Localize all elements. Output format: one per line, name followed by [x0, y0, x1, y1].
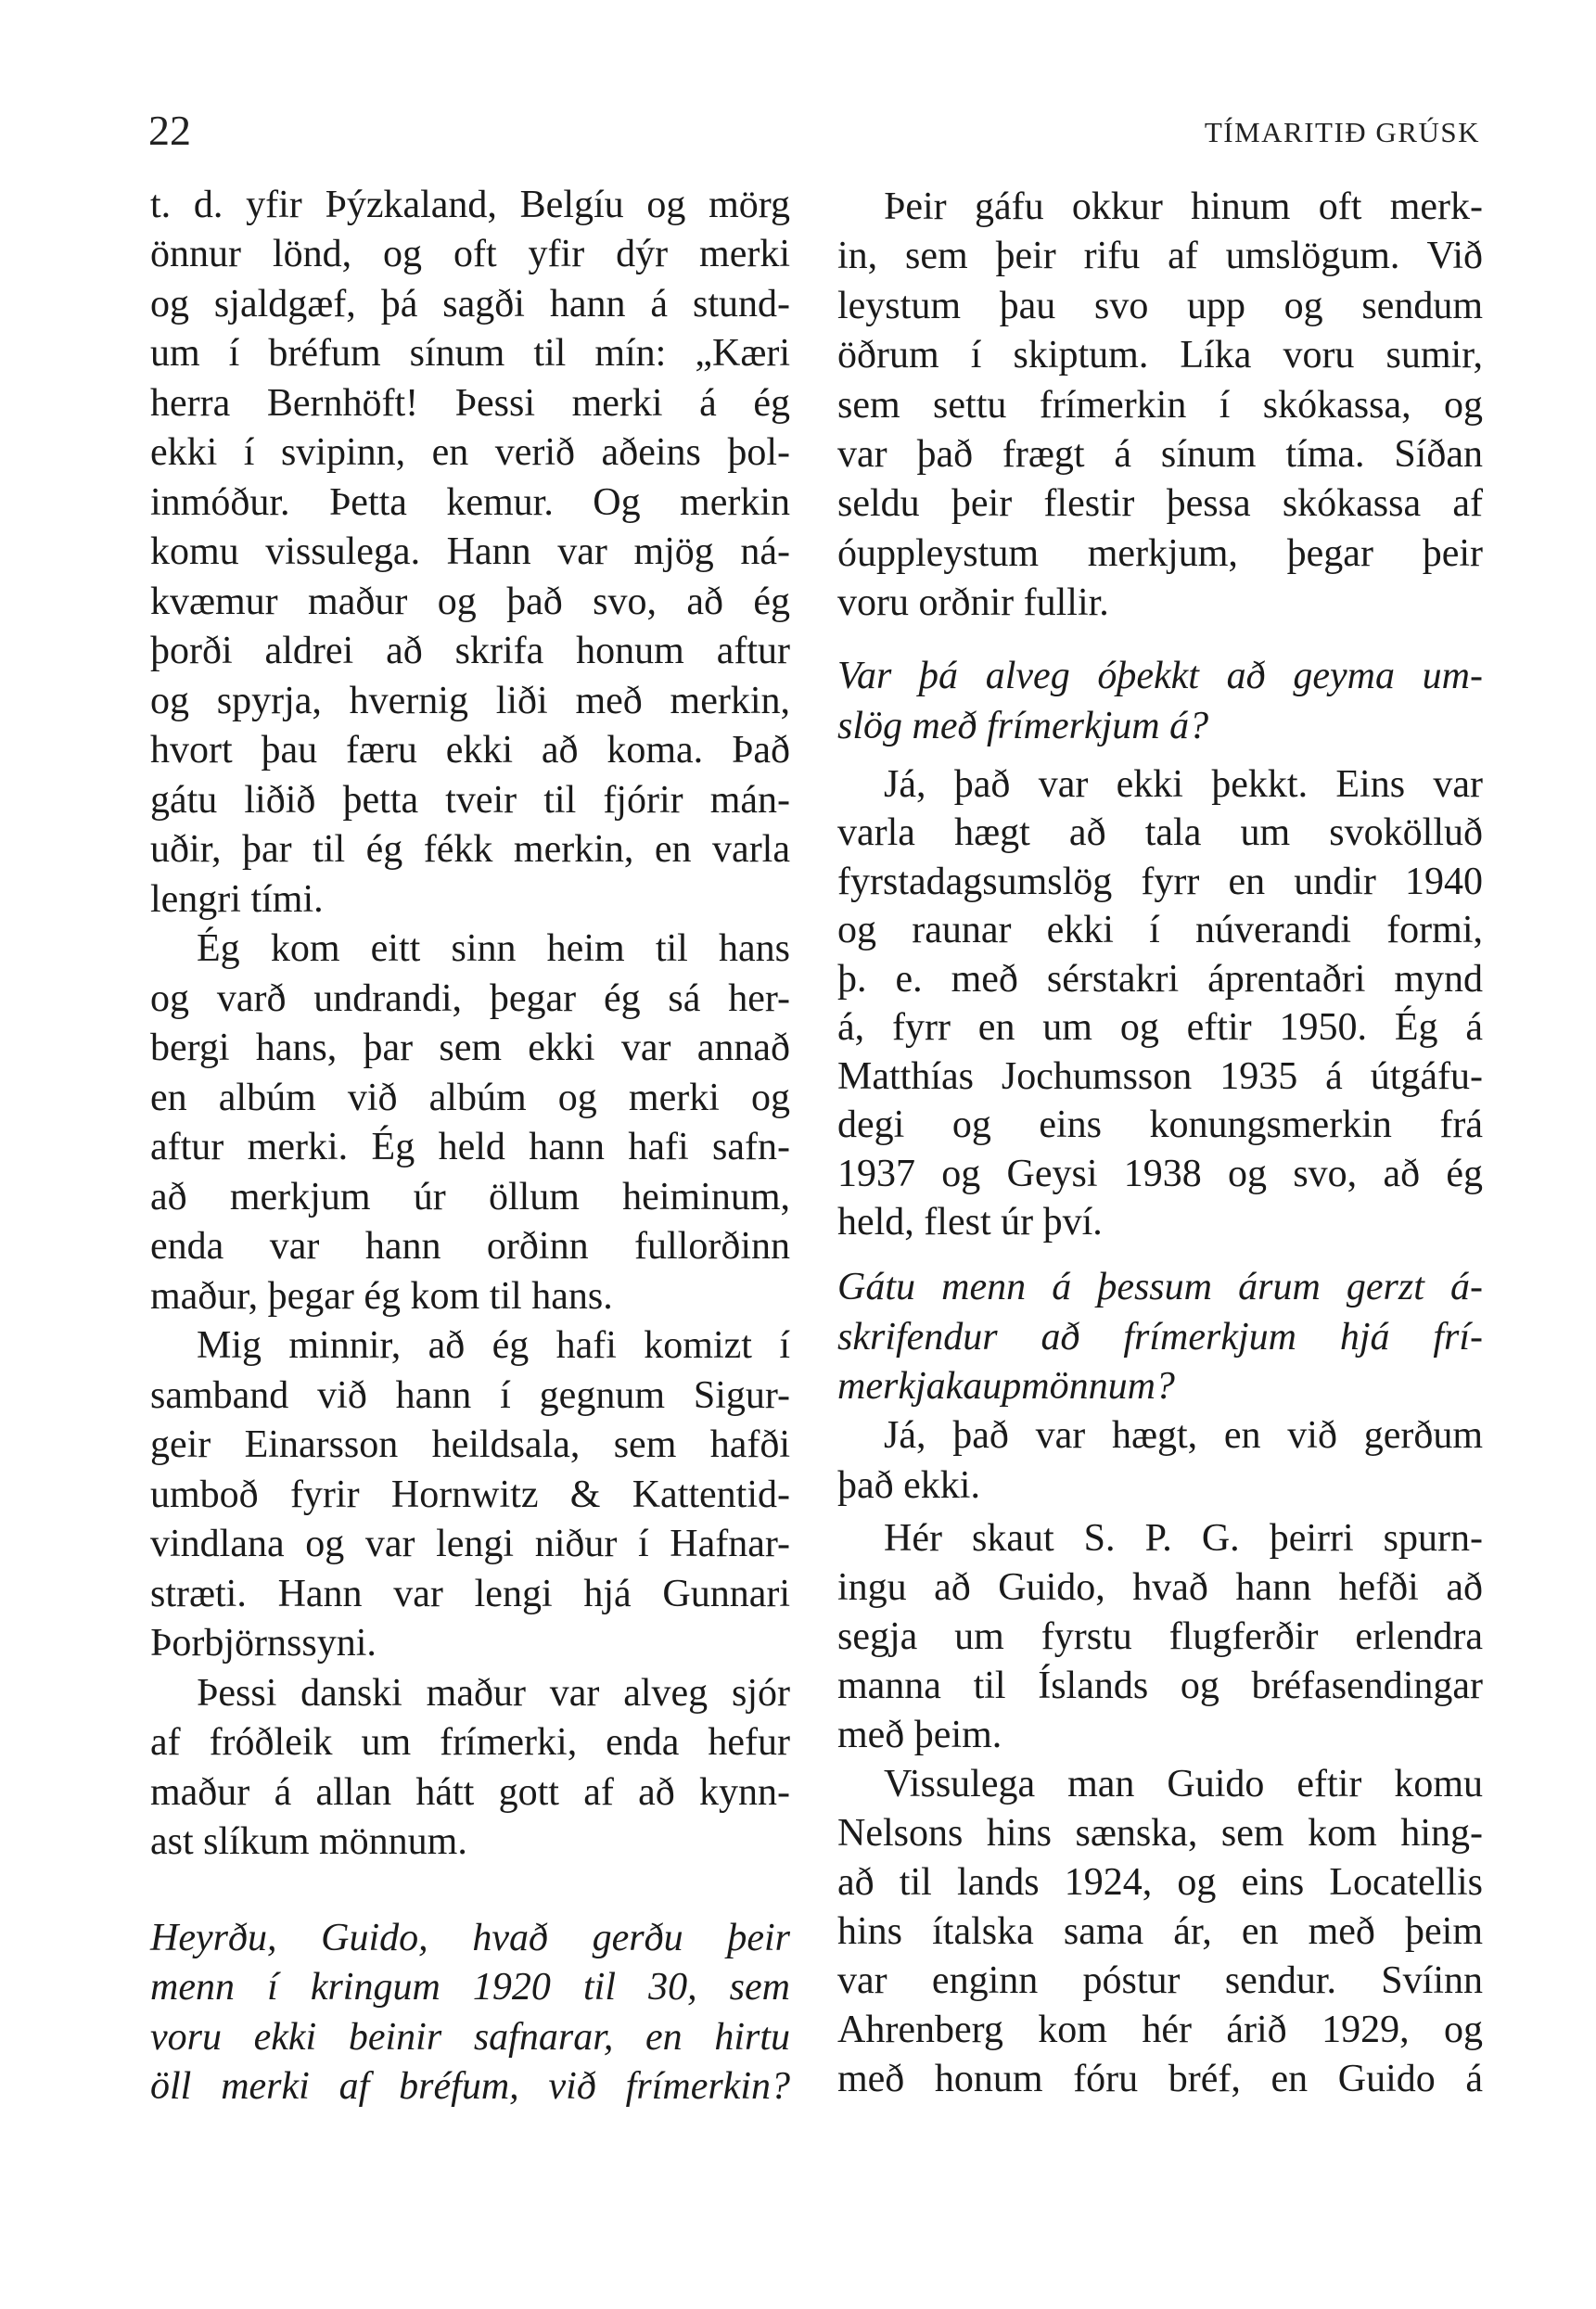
text-line: held, flest úr því.: [837, 1198, 1483, 1246]
question-line: slög með frímerkjum á?: [837, 702, 1483, 750]
question-line: merkjakaupmönnum?: [837, 1362, 1483, 1410]
text-line: t. d. yfir Þýzkaland, Belgíu og mörg: [150, 181, 790, 229]
text-line: Ahrenberg kom hér árið 1929, og: [837, 2006, 1483, 2054]
text-line: maður, þegar ég kom til hans.: [150, 1272, 790, 1320]
text-line: af fróðleik um frímerki, enda hefur: [150, 1718, 790, 1767]
text-line: varla hægt að tala um svokölluð: [837, 809, 1483, 857]
question-line: Var þá alveg óþekkt að geyma um-: [837, 652, 1483, 700]
text-line: stræti. Hann var lengi hjá Gunnari: [150, 1570, 790, 1618]
text-line: lengri tími.: [150, 875, 790, 924]
text-line: og varð undrandi, þegar ég sá her-: [150, 975, 790, 1023]
text-line: ast slíkum mönnum.: [150, 1818, 790, 1866]
text-line: og spyrja, hvernig liði með merkin,: [150, 677, 790, 725]
text-line: maður á allan hátt gott af að kynn-: [150, 1768, 790, 1817]
text-line: en albúm við albúm og merki og: [150, 1074, 790, 1122]
text-line: Mig minnir, að ég hafi komizt í: [150, 1321, 790, 1370]
text-line: 1937 og Geysi 1938 og svo, að ég: [837, 1150, 1483, 1198]
text-line: þ. e. með sérstakri áprentaðri mynd: [837, 955, 1483, 1003]
text-line: um í bréfum sínum til mín: „Kæri: [150, 329, 790, 377]
text-line: Já, það var ekki þekkt. Eins var: [837, 760, 1483, 809]
text-line: hins ítalska sama ár, en með þeim: [837, 1907, 1483, 1956]
text-line: það ekki.: [837, 1461, 1483, 1510]
text-line: hvort þau færu ekki að koma. Það: [150, 726, 790, 774]
text-line: Nelsons hins sænska, sem kom hing-: [837, 1809, 1483, 1857]
text-line: samband við hann í gegnum Sigur-: [150, 1371, 790, 1420]
text-line: umboð fyrir Hornwitz & Kattentid-: [150, 1471, 790, 1519]
text-line: voru orðnir fullir.: [837, 579, 1483, 627]
text-line: Þessi danski maður var alveg sjór: [150, 1669, 790, 1717]
text-line: með honum fóru bréf, en Guido á: [837, 2055, 1483, 2103]
text-line: Já, það var hægt, en við gerðum: [837, 1411, 1483, 1460]
text-line: á, fyrr en um og eftir 1950. Ég á: [837, 1003, 1483, 1052]
text-line: komu vissulega. Hann var mjög ná-: [150, 528, 790, 576]
text-line: enda var hann orðinn fullorðinn: [150, 1222, 790, 1270]
text-line: Matthías Jochumsson 1935 á útgáfu-: [837, 1052, 1483, 1101]
text-line: segja um fyrstu flugferðir erlendra: [837, 1613, 1483, 1661]
text-line: Þorbjörnssyni.: [150, 1619, 790, 1667]
text-line: óuppleystum merkjum, þegar þeir: [837, 529, 1483, 578]
text-line: inmóður. Þetta kemur. Og merkin: [150, 478, 790, 527]
text-line: aftur merki. Ég held hann hafi safn-: [150, 1123, 790, 1171]
text-line: seldu þeir flestir þessa skókassa af: [837, 479, 1483, 528]
question-line: öll merki af bréfum, við frímerkin?: [150, 2062, 790, 2111]
text-line: öðrum í skiptum. Líka voru sumir,: [837, 331, 1483, 379]
text-line: Hér skaut S. P. G. þeirri spurn-: [837, 1514, 1483, 1563]
question-line: menn í kringum 1920 til 30, sem: [150, 1963, 790, 2011]
text-line: fyrstadagsumslög fyrr en undir 1940: [837, 858, 1483, 906]
text-line: manna til Íslands og bréfasendingar: [837, 1662, 1483, 1710]
text-line: og raunar ekki í núverandi formi,: [837, 906, 1483, 954]
text-line: kvæmur maður og það svo, að ég: [150, 578, 790, 626]
text-line: degi og eins konungsmerkin frá: [837, 1101, 1483, 1149]
text-line: Vissulega man Guido eftir komu: [837, 1760, 1483, 1808]
text-line: var enginn póstur sendur. Svíinn: [837, 1957, 1483, 2005]
text-line: önnur lönd, og oft yfir dýr merki: [150, 230, 790, 278]
text-line: bergi hans, þar sem ekki var annað: [150, 1024, 790, 1072]
text-line: og sjaldgæf, þá sagði hann á stund-: [150, 280, 790, 328]
text-line: var það frægt á sínum tíma. Síðan: [837, 430, 1483, 478]
text-line: að til lands 1924, og eins Locatellis: [837, 1858, 1483, 1907]
text-line: að merkjum úr öllum heiminum,: [150, 1173, 790, 1221]
text-line: in, sem þeir rifu af umslögum. Við: [837, 232, 1483, 280]
text-line: Ég kom eitt sinn heim til hans: [150, 925, 790, 973]
text-line: ekki í svipinn, en verið aðeins þol-: [150, 428, 790, 477]
question-line: skrifendur að frímerkjum hjá frí-: [837, 1313, 1483, 1361]
question-line: Heyrðu, Guido, hvað gerðu þeir: [150, 1914, 790, 1962]
text-line: vindlana og var lengi niður í Hafnar-: [150, 1520, 790, 1568]
question-line: Gátu menn á þessum árum gerzt á-: [837, 1263, 1483, 1311]
text-line: leystum þau svo upp og sendum: [837, 282, 1483, 330]
text-line: geir Einarsson heildsala, sem hafði: [150, 1421, 790, 1469]
text-line: með þeim.: [837, 1711, 1483, 1759]
running-head: TÍMARITIÐ GRÚSK: [1183, 117, 1480, 148]
page-number: 22: [148, 109, 191, 152]
text-line: uðir, þar til ég fékk merkin, en varla: [150, 825, 790, 874]
text-line: sem settu frímerkin í skókassa, og: [837, 381, 1483, 429]
text-line: gátu liðið þetta tveir til fjórir mán-: [150, 776, 790, 824]
text-line: Þeir gáfu okkur hinum oft merk-: [837, 183, 1483, 231]
text-line: þorði aldrei að skrifa honum aftur: [150, 627, 790, 675]
text-line: herra Bernhöft! Þessi merki á ég: [150, 379, 790, 427]
text-line: ingu að Guido, hvað hann hefði að: [837, 1563, 1483, 1612]
question-line: voru ekki beinir safnarar, en hirtu: [150, 2013, 790, 2061]
